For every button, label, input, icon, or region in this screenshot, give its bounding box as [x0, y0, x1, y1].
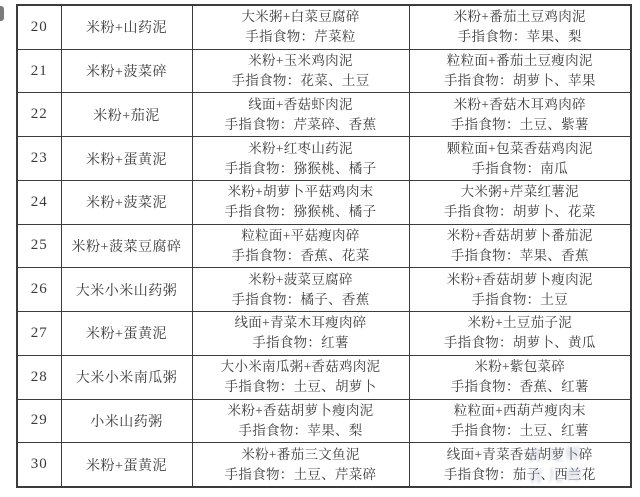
lunch-cell: 米粉+胡萝卜平菇鸡肉末手指食物：猕猴桃、橘子: [192, 180, 409, 224]
dinner-cell: 米粉+番茄土豆鸡肉泥手指食物：苹果、梨: [409, 5, 631, 49]
dinner-main-dish: 米粉+土豆茄子泥: [412, 313, 629, 333]
table-row: 29小米山药粥米粉+香菇胡萝卜瘦肉泥手指食物：苹果、梨粒粒面+西葫芦瘦肉末手指食…: [17, 399, 631, 443]
lunch-main-dish: 大米粥+白菜豆腐碎: [195, 7, 407, 27]
dinner-finger-food: 手指食物：南瓜: [412, 159, 629, 179]
dinner-cell: 米粉+紫包菜碎手指食物：香蕉、红薯: [409, 355, 631, 399]
lunch-finger-food: 手指食物：芹菜粒: [195, 27, 407, 47]
lunch-cell: 线面+香菇虾肉泥手指食物：芹菜碎、香蕉: [192, 93, 409, 137]
table-row: 21米粉+菠菜碎米粉+玉米鸡肉泥手指食物：花菜、土豆粒粒面+番茄土豆瘦肉泥手指食…: [17, 49, 631, 93]
dinner-cell: 粒粒面+番茄土豆瘦肉泥手指食物：胡萝卜、苹果: [409, 49, 631, 93]
lunch-finger-food: 手指食物：香蕉、花菜: [195, 246, 407, 266]
dinner-main-dish: 米粉+番茄土豆鸡肉泥: [412, 7, 629, 27]
dinner-finger-food: 手指食物：土豆: [412, 290, 629, 310]
breakfast-cell: 米粉+菠菜碎: [61, 49, 192, 93]
day-cell: 28: [17, 355, 61, 399]
breakfast-cell: 大米小米山药粥: [61, 268, 192, 312]
lunch-main-dish: 线面+香菇虾肉泥: [195, 95, 407, 115]
lunch-cell: 粒粒面+平菇瘦肉碎手指食物：香蕉、花菜: [192, 224, 409, 268]
breakfast-cell: 米粉+山药泥: [61, 5, 192, 49]
dinner-main-dish: 粒粒面+番茄土豆瘦肉泥: [412, 51, 629, 71]
dinner-cell: 粒粒面+西葫芦瘦肉末手指食物：土豆、红薯: [409, 399, 631, 443]
dinner-main-dish: 线面+青菜香菇胡萝卜碎: [412, 445, 629, 465]
lunch-finger-food: 手指食物：土豆、芹菜碎: [195, 465, 407, 485]
breakfast-cell: 米粉+菠菜泥: [61, 180, 192, 224]
day-cell: 23: [17, 137, 61, 181]
feeding-schedule-table: 20米粉+山药泥大米粥+白菜豆腐碎手指食物：芹菜粒米粉+番茄土豆鸡肉泥手指食物：…: [16, 4, 632, 488]
table-row: 22米粉+茄泥线面+香菇虾肉泥手指食物：芹菜碎、香蕉米粉+香菇木耳鸡肉碎手指食物…: [17, 93, 631, 137]
dinner-main-dish: 米粉+紫包菜碎: [412, 357, 629, 377]
dinner-finger-food: 手指食物：苹果、梨: [412, 27, 629, 47]
breakfast-cell: 米粉+菠菜豆腐碎: [61, 224, 192, 268]
lunch-main-dish: 大小米南瓜粥+香菇鸡肉泥: [195, 357, 407, 377]
day-cell: 24: [17, 180, 61, 224]
dinner-main-dish: 米粉+香菇木耳鸡肉碎: [412, 95, 629, 115]
lunch-main-dish: 米粉+番茄三文鱼泥: [195, 445, 407, 465]
lunch-main-dish: 米粉+菠菜豆腐碎: [195, 270, 407, 290]
lunch-main-dish: 米粉+胡萝卜平菇鸡肉末: [195, 182, 407, 202]
dinner-cell: 米粉+香菇木耳鸡肉碎手指食物：土豆、紫薯: [409, 93, 631, 137]
lunch-main-dish: 粒粒面+平菇瘦肉碎: [195, 226, 407, 246]
dinner-finger-food: 手指食物：胡萝卜、花菜: [412, 202, 629, 222]
dinner-finger-food: 手指食物：胡萝卜、苹果: [412, 71, 629, 91]
breakfast-cell: 米粉+蛋黄泥: [61, 312, 192, 356]
lunch-finger-food: 手指食物：橘子、香蕉: [195, 290, 407, 310]
table-row: 20米粉+山药泥大米粥+白菜豆腐碎手指食物：芹菜粒米粉+番茄土豆鸡肉泥手指食物：…: [17, 5, 631, 49]
lunch-finger-food: 手指食物：猕猴桃、橘子: [195, 202, 407, 222]
dinner-cell: 米粉+香菇胡萝卜番茄泥手指食物：苹果、香蕉: [409, 224, 631, 268]
dinner-finger-food: 手指食物：土豆、紫薯: [412, 115, 629, 135]
breakfast-cell: 小米山药粥: [61, 399, 192, 443]
table-row: 27米粉+蛋黄泥线面+青菜木耳瘦肉碎手指食物：红薯米粉+土豆茄子泥手指食物：胡萝…: [17, 312, 631, 356]
dinner-finger-food: 手指食物：苹果、香蕉: [412, 246, 629, 266]
dinner-cell: 米粉+土豆茄子泥手指食物：胡萝卜、黄瓜: [409, 312, 631, 356]
lunch-cell: 大米粥+白菜豆腐碎手指食物：芹菜粒: [192, 5, 409, 49]
breakfast-cell: 米粉+蛋黄泥: [61, 137, 192, 181]
table-row: 26大米小米山药粥米粉+菠菜豆腐碎手指食物：橘子、香蕉米粉+香菇胡萝卜瘦肉泥手指…: [17, 268, 631, 312]
lunch-cell: 大小米南瓜粥+香菇鸡肉泥手指食物：土豆、胡萝卜: [192, 355, 409, 399]
lunch-finger-food: 手指食物：花菜、土豆: [195, 71, 407, 91]
lunch-cell: 米粉+番茄三文鱼泥手指食物：土豆、芹菜碎: [192, 443, 409, 487]
dinner-finger-food: 手指食物：胡萝卜、黄瓜: [412, 333, 629, 353]
left-edge-artifact: [0, 6, 4, 21]
day-cell: 26: [17, 268, 61, 312]
lunch-finger-food: 手指食物：苹果、梨: [195, 421, 407, 441]
table-row: 23米粉+蛋黄泥米粉+红枣山药泥手指食物：猕猴桃、橘子颗粒面+包菜香菇鸡肉泥手指…: [17, 137, 631, 181]
day-cell: 22: [17, 93, 61, 137]
day-cell: 20: [17, 5, 61, 49]
dinner-main-dish: 粒粒面+西葫芦瘦肉末: [412, 401, 629, 421]
lunch-cell: 米粉+红枣山药泥手指食物：猕猴桃、橘子: [192, 137, 409, 181]
breakfast-cell: 大米小米南瓜粥: [61, 355, 192, 399]
dinner-main-dish: 米粉+香菇胡萝卜瘦肉泥: [412, 270, 629, 290]
day-cell: 30: [17, 443, 61, 487]
table-body: 20米粉+山药泥大米粥+白菜豆腐碎手指食物：芹菜粒米粉+番茄土豆鸡肉泥手指食物：…: [17, 5, 631, 487]
dinner-finger-food: 手指食物：土豆、红薯: [412, 421, 629, 441]
lunch-cell: 线面+青菜木耳瘦肉碎手指食物：红薯: [192, 312, 409, 356]
lunch-main-dish: 米粉+香菇胡萝卜瘦肉泥: [195, 401, 407, 421]
lunch-finger-food: 手指食物：猕猴桃、橘子: [195, 159, 407, 179]
lunch-main-dish: 线面+青菜木耳瘦肉碎: [195, 313, 407, 333]
table-row: 25米粉+菠菜豆腐碎粒粒面+平菇瘦肉碎手指食物：香蕉、花菜米粉+香菇胡萝卜番茄泥…: [17, 224, 631, 268]
day-cell: 29: [17, 399, 61, 443]
lunch-finger-food: 手指食物：芹菜碎、香蕉: [195, 115, 407, 135]
dinner-cell: 米粉+香菇胡萝卜瘦肉泥手指食物：土豆: [409, 268, 631, 312]
lunch-main-dish: 米粉+玉米鸡肉泥: [195, 51, 407, 71]
breakfast-cell: 米粉+蛋黄泥: [61, 443, 192, 487]
dinner-main-dish: 颗粒面+包菜香菇鸡肉泥: [412, 139, 629, 159]
lunch-cell: 米粉+玉米鸡肉泥手指食物：花菜、土豆: [192, 49, 409, 93]
table-row: 28大米小米南瓜粥大小米南瓜粥+香菇鸡肉泥手指食物：土豆、胡萝卜米粉+紫包菜碎手…: [17, 355, 631, 399]
lunch-finger-food: 手指食物：红薯: [195, 333, 407, 353]
lunch-cell: 米粉+香菇胡萝卜瘦肉泥手指食物：苹果、梨: [192, 399, 409, 443]
dinner-finger-food: 手指食物：香蕉、红薯: [412, 377, 629, 397]
dinner-cell: 颗粒面+包菜香菇鸡肉泥手指食物：南瓜: [409, 137, 631, 181]
lunch-cell: 米粉+菠菜豆腐碎手指食物：橘子、香蕉: [192, 268, 409, 312]
dinner-cell: 大米粥+芹菜红薯泥手指食物：胡萝卜、花菜: [409, 180, 631, 224]
day-cell: 25: [17, 224, 61, 268]
dinner-main-dish: 米粉+香菇胡萝卜番茄泥: [412, 226, 629, 246]
dinner-finger-food: 手指食物：茄子、西兰花: [412, 465, 629, 485]
dinner-cell: 线面+青菜香菇胡萝卜碎手指食物：茄子、西兰花: [409, 443, 631, 487]
breakfast-cell: 米粉+茄泥: [61, 93, 192, 137]
lunch-finger-food: 手指食物：土豆、胡萝卜: [195, 377, 407, 397]
table-row: 24米粉+菠菜泥米粉+胡萝卜平菇鸡肉末手指食物：猕猴桃、橘子大米粥+芹菜红薯泥手…: [17, 180, 631, 224]
lunch-main-dish: 米粉+红枣山药泥: [195, 139, 407, 159]
dinner-main-dish: 大米粥+芹菜红薯泥: [412, 182, 629, 202]
day-cell: 21: [17, 49, 61, 93]
day-cell: 27: [17, 312, 61, 356]
table-row: 30米粉+蛋黄泥米粉+番茄三文鱼泥手指食物：土豆、芹菜碎线面+青菜香菇胡萝卜碎手…: [17, 443, 631, 487]
